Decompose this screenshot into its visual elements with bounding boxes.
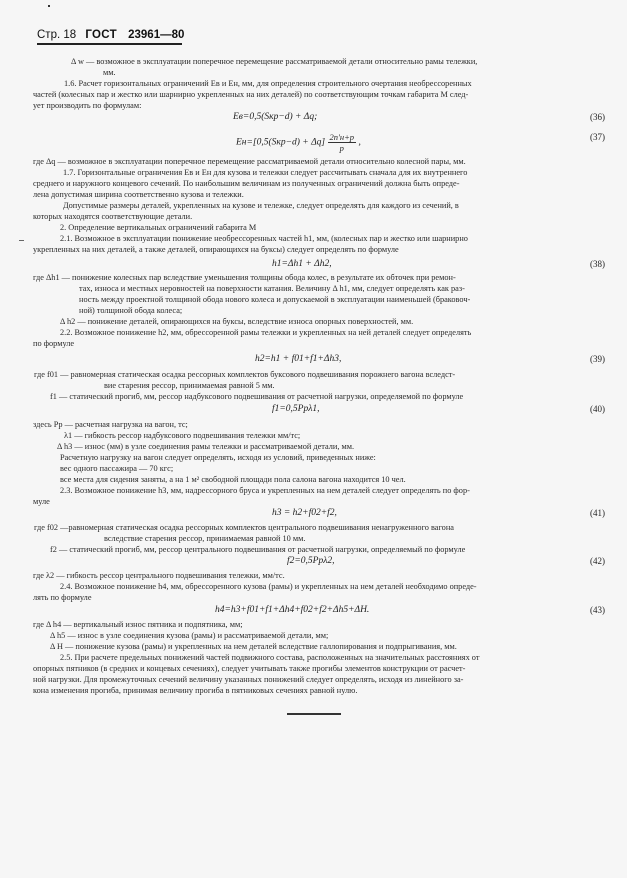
text-line: укрепленных на них деталей, а также дета…	[33, 245, 399, 256]
page-header: Стр. 18 ГОСТ 23961—80	[37, 29, 184, 41]
text-line: по формуле	[33, 339, 74, 350]
formula-38: h1=Δh1 + Δh2,	[272, 259, 332, 269]
text-line: 2.3. Возможное понижение h3, мм, надресс…	[60, 486, 470, 497]
formula-37-lhs: Eн=[0,5(Sкр−d) + Δq]	[236, 138, 325, 148]
text-line: 2.5. При расчете предельных понижений ча…	[60, 653, 479, 664]
formula-37: Eн=[0,5(Sкр−d) + Δq] 2n′н+p p ,	[236, 132, 361, 153]
text-line: ной) толщиной обода колеса;	[79, 306, 182, 317]
text-line: среднего и наружного концевого сечений. …	[33, 179, 459, 190]
text-line: 2. Определение вертикальных ограничений …	[60, 223, 256, 234]
text-line: 2.2. Возможное понижение h2, мм, обрессо…	[60, 328, 471, 339]
text-line: Расчетную нагрузку на вагон следует опре…	[60, 453, 376, 464]
text-line: f1 — статический прогиб, мм, рессор надб…	[50, 392, 463, 403]
standard-label: ГОСТ	[85, 29, 117, 41]
text-line: 1.6. Расчет горизонтальных ограничений E…	[64, 79, 472, 90]
text-line: Δ h3 — износ (мм) в узле соединения рамы…	[57, 442, 354, 453]
formula-37-fraction: 2n′н+p p	[328, 132, 357, 153]
text-line: вие старения рессор, принимаемая равной …	[104, 381, 275, 392]
text-line: Δ w — возможное в эксплуатации поперечно…	[71, 57, 477, 68]
text-line: лять по формуле	[33, 593, 92, 604]
document-page: Стр. 18 ГОСТ 23961—80 Δ w — возможное в …	[0, 0, 627, 878]
formula-36: Eв=0,5(Sкр−d) + Δq;	[233, 112, 317, 122]
text-line: λ1 — гибкость рессор надбуксового подвеш…	[64, 431, 300, 442]
text-line: Δ H — понижение кузова (рамы) и укреплен…	[50, 642, 457, 653]
equation-number-37: (37)	[590, 132, 605, 142]
scan-speck	[48, 5, 50, 7]
text-line: где Δ h4 — вертикальный износ пятника и …	[33, 620, 243, 631]
fraction-denominator: p	[328, 143, 357, 153]
text-line: здесь Pр — расчетная нагрузка на вагон, …	[33, 420, 188, 431]
text-line: где Δq — возможное в эксплуатации попере…	[33, 157, 466, 168]
text-line: все места для сидения заняты, а на 1 м² …	[60, 475, 406, 486]
text-line: f2 — статический прогиб, мм, рессор цент…	[50, 545, 465, 556]
end-of-section-rule	[287, 713, 341, 715]
text-line: вследствие старения рессор, принимаемая …	[104, 534, 305, 545]
formula-39: h2=h1 + f01+f1+Δh3,	[255, 354, 341, 364]
formula-43: h4=h3+f01+f1+Δh4+f02+f2+Δh5+ΔH.	[215, 605, 369, 615]
formula-37-tail: ,	[358, 138, 360, 148]
standard-number: 23961—80	[128, 29, 184, 41]
text-line: где f02 —равномерная статическая осадка …	[34, 523, 454, 534]
header-underline	[37, 43, 182, 45]
text-line: ует производить по формулам:	[33, 101, 141, 112]
equation-number-39: (39)	[590, 354, 605, 364]
page-number-label: Стр. 18	[37, 29, 76, 41]
text-line: где λ2 — гибкость рессор центрального по…	[33, 571, 285, 582]
text-line: 2.1. Возможное в эксплуатации понижение …	[60, 234, 468, 245]
text-line: которых находятся соответствующие детали…	[33, 212, 192, 223]
equation-number-43: (43)	[590, 605, 605, 615]
text-line: мм.	[103, 68, 116, 79]
text-line: 2.4. Возможное понижение h4, мм, обрессо…	[60, 582, 477, 593]
text-line: ность между проектной толщиной обода нов…	[79, 295, 470, 306]
text-line: тах, износа и местных неровностей на пов…	[79, 284, 465, 295]
text-line: Δ h2 — понижение деталей, опирающихся на…	[60, 317, 413, 328]
text-line: Δ h5 — износ в узле соединения кузова (р…	[50, 631, 328, 642]
equation-number-40: (40)	[590, 404, 605, 414]
equation-number-38: (38)	[590, 259, 605, 269]
fraction-numerator: 2n′н+p	[328, 132, 357, 143]
scan-mark	[19, 240, 24, 241]
formula-41: h3 = h2+f02+f2,	[272, 508, 337, 518]
formula-40: f1=0,5Pрλ1,	[272, 404, 319, 414]
text-line: муле	[33, 497, 50, 508]
equation-number-36: (36)	[590, 112, 605, 122]
formula-42: f2=0,5Pрλ2,	[287, 556, 334, 566]
text-line: ной нагрузки. Для промежуточных сечений …	[33, 675, 463, 686]
text-line: где f01 — равномерная статическая осадка…	[34, 370, 455, 381]
text-line: 1.7. Горизонтальные ограничения Eв и Eн …	[63, 168, 467, 179]
text-line: частей (колесных пар и жестко или шарнир…	[33, 90, 468, 101]
text-line: лена допустимая ширина соответственно ку…	[33, 190, 244, 201]
text-line: вес одного пассажира — 70 кгс;	[60, 464, 173, 475]
text-line: кона изменения прогиба, принимая величин…	[33, 686, 357, 697]
text-line: Допустимые размеры деталей, укрепленных …	[63, 201, 459, 212]
equation-number-41: (41)	[590, 508, 605, 518]
equation-number-42: (42)	[590, 556, 605, 566]
text-line: где Δh1 — понижение колесных пар вследст…	[33, 273, 456, 284]
text-line: опорных пятников (в средних и концевых с…	[33, 664, 465, 675]
